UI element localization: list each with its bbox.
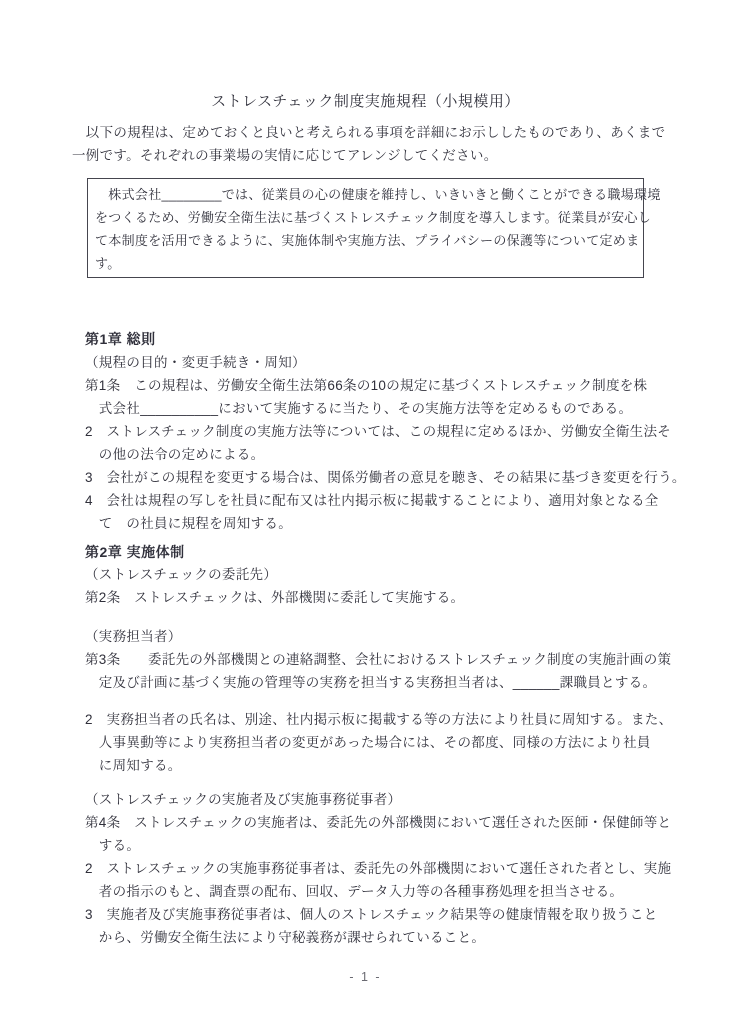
text-line: 2 ストレスチェックの実施事務従事者は、委託先の外部機関において選任された者とし… [85,857,685,880]
text-line: 2 実務担当者の氏名は、別途、社内掲示板に掲載する等の方法により社員に周知する。… [85,708,685,731]
text-line: 第2条 ストレスチェックは、外部機関に委託して実施する。 [85,586,685,609]
text-line: 式会社__________において実施するに当たり、その実施方法等を定めるもので… [85,397,685,420]
text-line: す。 [95,252,636,275]
text-line: 株式会社________では、従業員の心の健康を維持し、いきいきと働くことができ… [95,183,636,206]
text-line: て の社員に規程を周知する。 [85,512,685,535]
text-line: て本制度を活用できるように、実施体制や実施方法、プライバシーの保護等について定め… [95,229,636,252]
chapter2-heading: 第2章 実施体制 [85,540,185,564]
text-line: をつくるため、労働安全衛生法に基づくストレスチェック制度を導入します。従業員が安… [95,206,636,229]
page-number: - 1 - [0,970,731,984]
text-line: 第1条 この規程は、労働安全衛生法第66条の10の規定に基づくストレスチェック制… [85,374,685,397]
chapter1-heading: 第1章 総則 [85,327,156,351]
text-line: （実務担当者） [85,625,685,648]
text-line: （規程の目的・変更手続き・周知） [85,351,685,374]
text-line: 人事異動等により実務担当者の変更があった場合には、その都度、同様の方法により社員 [85,731,685,754]
intro-paragraph: 以下の規程は、定めておくと良いと考えられる事項を詳細にお示ししたものであり、あく… [72,121,672,167]
text-line: （ストレスチェックの委託先） [85,563,685,586]
text-line: 3 実施者及び実施事務従事者は、個人のストレスチェック結果等の健康情報を取り扱う… [85,903,685,926]
text-line: 以下の規程は、定めておくと良いと考えられる事項を詳細にお示ししたものであり、あく… [72,121,672,144]
document-page: ストレスチェック制度実施規程（小規模用） 以下の規程は、定めておくと良いと考えら… [0,0,731,1030]
text-line: に周知する。 [85,754,685,777]
text-line: （ストレスチェックの実施者及び実施事務従事者） [85,788,685,811]
text-line: 一例です。それぞれの事業場の実情に応じてアレンジしてください。 [72,144,672,167]
text-line: から、労働安全衛生法により守秘義務が課せられていること。 [85,926,685,949]
text-line: 定及び計画に基づく実施の管理等の実務を担当する実務担当者は、______課職員と… [85,671,685,694]
text-line: の他の法令の定めによる。 [85,443,685,466]
text-line: 2 ストレスチェック制度の実施方法等については、この規程に定めるほか、労働安全衛… [85,420,685,443]
text-line: 第3条 委託先の外部機関との連絡調整、会社におけるストレスチェック制度の実施計画… [85,648,685,671]
text-line: 4 会社は規程の写しを社員に配布又は社内掲示板に掲載することにより、適用対象とな… [85,489,685,512]
document-title: ストレスチェック制度実施規程（小規模用） [0,90,731,111]
section-implementers: （ストレスチェックの実施者及び実施事務従事者）第4条 ストレスチェックの実施者は… [85,788,685,949]
section-practical-staff: （実務担当者）第3条 委託先の外部機関との連絡調整、会社におけるストレスチェック… [85,625,685,694]
text-line: 者の指示のもと、調査票の配布、回収、データ入力等の各種事務処理を担当させる。 [85,880,685,903]
text-line: 第4条 ストレスチェックの実施者は、委託先の外部機関において選任された医師・保健… [85,811,685,834]
section-delegation: （ストレスチェックの委託先）第2条 ストレスチェックは、外部機関に委託して実施す… [85,563,685,609]
chapter1-body: （規程の目的・変更手続き・周知）第1条 この規程は、労働安全衛生法第66条の10… [85,351,685,535]
notice-box: 株式会社________では、従業員の心の健康を維持し、いきいきと働くことができ… [87,178,644,278]
section-staff-notification: 2 実務担当者の氏名は、別途、社内掲示板に掲載する等の方法により社員に周知する。… [85,708,685,777]
text-line: 3 会社がこの規程を変更する場合は、関係労働者の意見を聴き、その結果に基づき変更… [85,466,685,489]
text-line: する。 [85,834,685,857]
